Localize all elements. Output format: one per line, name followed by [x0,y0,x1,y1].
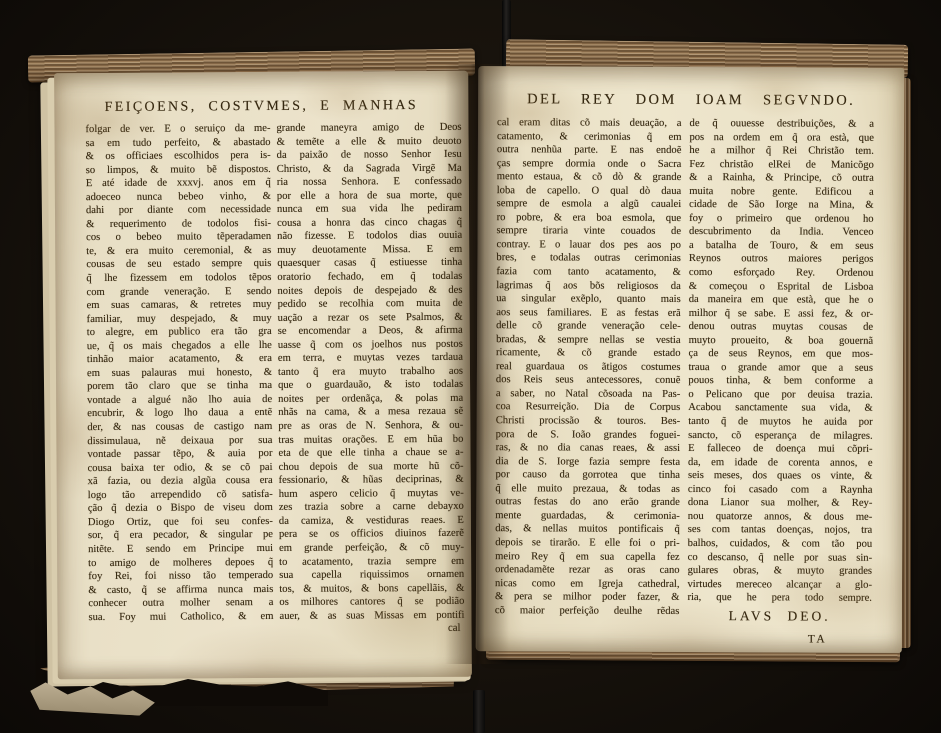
text-line: se encomendar a Deos, & afirma [278,324,463,339]
text-line: Diogo Ortiz, que foi seu confes- [88,515,273,530]
text-line: por elle a hora de sua morte, que [277,189,462,204]
text-line: Acabou sanctamente sua vida, & [688,401,873,415]
text-line: dos Reis seus antecessores, conuẽ [496,374,681,388]
text-line: ue, q̃ os mais chegados a elle lhe [87,339,272,354]
text-line: & requerimento de todolos fisi- [86,217,271,232]
text-line: em terra, e muytas vezes tardaua [278,351,463,366]
text-line: da paixão de nosso Senhor Iesu [277,148,462,163]
text-line: eta de que elle tinha a chaue se a- [278,446,463,461]
text-column-2: de q̃ ouuesse destribuições, & apos na o… [687,117,874,624]
text-line: aos seus familiares. E as festas erã [496,306,681,320]
text-line: da, em idade de corenta annos, e [688,456,873,470]
text-line: pos na ordem em q̃ ora està, que [689,131,874,145]
text-line: depois se tirarão. E elle foi o pri- [495,536,680,550]
text-line: Christi procissão & touros. Bes- [496,414,681,428]
book-photograph: FEIÇOENS, COSTVMES, E MANHAS folgar de v… [0,0,941,733]
text-line: vontade a algué não lho auia de [87,393,272,408]
text-line: tinhão maior acatamento, & era [87,352,272,367]
text-line: cõ maior perfeição deulhe rẽdas [495,604,680,618]
text-line: denou outras muytas cousas de [689,320,874,334]
text-line: & casto, q̃ se affirma nunca mais [88,583,273,598]
text-line: contray. E o lauar dos pes aos po [496,238,681,252]
text-line: cal eram ditas cõ mais deuação, a [497,116,682,130]
text-line: gulares obras, & muyto grandes [688,564,873,578]
text-line: E até idade de xxxvj. anos em q̃ [86,176,271,191]
text-line: virtudes mereceo alcançar a glo- [687,578,872,592]
text-line: sua capella riquissimos ornamen [279,568,464,583]
text-line: adoeceo nunca bebeo vinho, & [86,190,271,205]
text-line: auer, & as suas Missas em pontifi [279,608,464,623]
text-line: quaesquer casas q̃ estiuesse tinha [277,256,462,271]
text-line: a batalha de Touro, & em seus [689,239,874,253]
text-line: logo tão arrependido cõ satisfa- [88,488,273,503]
text-line: fessionario, & hũas deciprinas, & [279,473,464,488]
text-line: conhecer outra molher senam a [88,596,273,611]
text-line: oratorio fechado, em q̃ todalas [277,270,462,285]
text-line: q̃ elle muito prezaua, & todas as [495,482,680,496]
text-line: sor, q̃ era pecador, & singular pe [88,528,273,543]
text-line: ças sempre dormia onde o Sacra [497,157,682,171]
text-line: foy Rei, foi nisso tão temperado [88,569,273,584]
text-line: cousa baixa ter odio, & se cõ pai [88,461,273,476]
text-line: to amigo de molheres depoes q̃ [88,555,273,570]
text-line: dissimulaua, nẽ deixaua por sua [87,434,272,449]
text-line: bres, e todalas outras cerimonias [496,252,681,266]
text-line: cinco foi casado com a Raynha [688,483,873,497]
text-line: pouos tinha, & bem conforme a [688,374,873,388]
text-line: folgar de ver. E o seruiço da me- [85,122,270,137]
text-line: cousas de seu estado sempre quis [86,257,271,272]
text-line: & os officiaes escolhidos pera is- [86,149,271,164]
text-line: ro pobre, & era boa esmola, que [497,211,682,225]
text-line: tanto q̃ era muyto trabalho aos [278,365,463,380]
text-line: noites per ordenãça, & polas ma [278,392,463,407]
text-line: Fez christão elRei de Manicõgo [689,158,874,172]
text-column-1: cal eram ditas cõ mais deuação, acatamen… [495,116,682,623]
text-line: grande maneyra amigo de Deos [276,121,461,136]
running-header-right: DEL REY DOM IOAM SEGVNDO. [478,66,904,110]
text-line: fazia com tanto acatamento, & [496,265,681,279]
text-line: Reynos outros maiores perigos [689,252,874,266]
text-line: Christo, & da Sagrada Virgẽ Ma [277,161,462,176]
text-line: vontade passar tẽpo, & auia por [87,447,272,462]
text-line: cidade de São Iorge na Mina, & [689,198,874,212]
text-line: xã fazia, ou dezia algũa cousa era [88,474,273,489]
text-line: pera se os officios diuinos fazerẽ [279,527,464,542]
text-line: tras muitas orações. E em hũa bo [278,432,463,447]
text-line: lagrimas q̃ aos bõs religiosos da [496,279,681,293]
column-lines: de q̃ ouuesse destribuições, & apos na o… [687,117,874,605]
text-line: ricamente, & cõ grande estado [496,346,681,360]
text-line: & pera se milhor poder fazer, & [495,590,680,604]
text-line: mente guardadas, & cerimonia- [495,509,680,523]
text-line: uação a rezar os sete Psalmos, & [278,310,463,325]
text-line: zes trazia sobre a carne debayxo [279,500,464,515]
text-line: der, & nas cousas de castigo nam [87,420,272,435]
text-line: he a milhor q̃ Rei Christão tem. [689,144,874,158]
text-line: loba de capello. O qual dò daua [497,184,682,198]
column-lines: grande maneyra amigo de Deos& temẽte a e… [276,121,464,623]
colophon: LAVS DEO. [687,605,872,625]
text-line: muyto proueito, & boa gouernã [689,334,874,348]
text-line: seis meses, dos quaes os vinte, & [688,469,873,483]
text-line: milhor q̃ se sabe. E assi fez, & or- [689,307,874,321]
text-line: dona Lianor sua molher, & Rey- [688,496,873,510]
text-line: bradas, & sempre nellas se vestia [496,333,681,347]
text-line: ordenadamẽte rezar as oras cano [495,563,680,577]
text-line: outra nenhũa parte. E nas endoẽ [497,143,682,157]
text-line: nitẽte. E sendo em Principe mui [88,542,273,557]
text-line: hum aspero celicio q̃ muytas ve- [279,487,464,502]
text-line: da maneira em que està, que he o [689,293,874,307]
text-line: nunca em sua vida lhe pediram [277,202,462,217]
text-line: so limpos, & muito bẽ dispostos. [86,163,271,178]
text-line: ua singular exẽplo, quanto mais [496,292,681,306]
text-line: nhãs na cama, & a mesa rezaua sẽ [278,405,463,420]
text-line: em grande perfeição, & cõ muy- [279,541,464,556]
text-line: sua. Foy mui Catholico, & em [88,610,273,625]
text-line: dia de S. Iorge fazia sempre festa [496,455,681,469]
text-line: por causo da gorrotea que tinha [495,468,680,482]
text-line: nou quatorze annos, & dous me- [688,510,873,524]
text-line: tanto q̃ de muytos he auida por [688,415,873,429]
text-line: ras, & no dia canas reaes, & assi [496,441,681,455]
text-line: que o guardauão, & isto todalas [278,378,463,393]
text-line: to acatamento, trazia sempre em [279,554,464,569]
text-line: porem tão claro que se tinha ma [87,379,272,394]
text-line: & a Rainha, & Principe, cõ outra [689,171,874,185]
right-page: DEL REY DOM IOAM SEGVNDO. cal eram ditas… [476,66,905,653]
book-cradle-rod-bottom [473,690,485,733]
text-line: co descanso, q̃ nelle por suas sin- [688,550,873,564]
text-column-2: grande maneyra amigo de Deos& temẽte a e… [276,121,464,637]
text-line: balhos, cuidados, & com tão pou [688,537,873,551]
text-line: de q̃ ouuesse destribuições, & a [689,117,874,131]
text-line: mento estaua, & cõ dò & grande [497,170,682,184]
text-line: foy o primeiro que ordenou ho [689,212,874,226]
left-page-text-block: folgar de ver. E o seruiço da me-sa em t… [54,114,471,638]
text-line: catamento, & cerimonias q̃ em [497,130,682,144]
text-line: descubrimento da India. Venceo [689,225,874,239]
text-line: E falleceo de doença mui cõpri- [688,442,873,456]
text-line: o Pelicano que por deuisa trazia. [688,388,873,402]
catchword: cal [280,622,465,637]
text-line: ção q̃ dezia o Bispo de viseu dom [88,501,273,516]
text-line: sancto, cõ esperança de milagres. [688,429,873,443]
text-line: tos, & muitos, & bons capellãis, & [279,581,464,596]
text-line: familiar, muy despejado, & muy [87,312,272,327]
text-line: & começou o Esprital de Lisboa [689,280,874,294]
text-line: traua o grande amor que a seus [688,361,873,375]
text-line: com grande veneração. E sendo [86,285,271,300]
text-line: ça de seus Reynos, em que mos- [688,347,873,361]
signature-mark: TA [808,634,827,646]
text-line: muy deuotamente Missa. E em [277,243,462,258]
text-line: sa em tudo perfeito, & abastado [86,135,271,150]
text-line: dahi por diante com necessidade [86,203,271,218]
text-line: encubrir, & logo lho daua a entẽ [87,406,272,421]
left-page: FEIÇOENS, COSTVMES, E MANHAS folgar de v… [54,71,472,680]
text-line: delle cõ grande veneração cele- [496,319,681,333]
text-line: sempre tiraria vinte couados de [497,225,682,239]
text-column-1: folgar de ver. E o seruiço da me-sa em t… [85,122,273,638]
text-line: em suas palauras mui honesto, & [87,366,272,381]
text-line: meiro Rey q̃ em sua capella fez [495,550,680,564]
text-line: ses com tantas doenças, nojos, tra [688,523,873,537]
running-header-left: FEIÇOENS, COSTVMES, E MANHAS [54,71,468,117]
text-line: pre as oras de N. Senhora, & ou- [278,419,463,434]
text-line: outras festas do ano erão grande [495,495,680,509]
text-line: coa Resurreição. Dia de Corpus [496,401,681,415]
text-line: & temẽte a elle & muito deuoto [277,134,462,149]
text-line: da camiza, & vestiduras reaes. E [279,514,464,529]
text-line: a saber, no Natal cõsoada na Pas- [496,387,681,401]
text-line: q̃ lhe fizessem em todolos tẽpos [86,271,271,286]
text-line: das, & nellas muitos pontificais q̃ [495,523,680,537]
text-line: os milhores cantores q̃ se podião [279,595,464,610]
text-line: como esforçado Rey. Ordenou [689,266,874,280]
text-line: noites depois de despejado & des [277,283,462,298]
text-line: em suas camaras, & retretes muy [87,298,272,313]
text-line: sempre de esmola a algũ caualei [497,197,682,211]
right-page-text-block: cal eram ditas cõ mais deuação, acatamen… [476,108,904,625]
text-line: chou depois de sua morte hũ cõ- [279,459,464,474]
text-line: pedido se recolhia com muita de [278,297,463,312]
text-line: cos o bebeo muito tẽperadamen [86,230,271,245]
text-line: pora de S. Ioão grandes foguei- [496,428,681,442]
text-line: cousa a honra das cinco chagas q̃ [277,216,462,231]
text-line: nicas como em Igreja cathedral, [495,577,680,591]
text-line: ria, que he pera todo sempre. [687,591,872,605]
text-line: muita nobre gente. Edificou a [689,185,874,199]
text-line: ria nossa Senhora. E confessado [277,175,462,190]
text-line: não fizesse. E todolos dias ouuia [277,229,462,244]
text-line: to alegre, em publico era tão gra [87,325,272,340]
text-line: uasse q̃ com os joelhos nus postos [278,338,463,353]
text-line: real guardaua os ãtigos costumes [496,360,681,374]
text-line: te, & era muito ceremonial, & as [86,244,271,259]
